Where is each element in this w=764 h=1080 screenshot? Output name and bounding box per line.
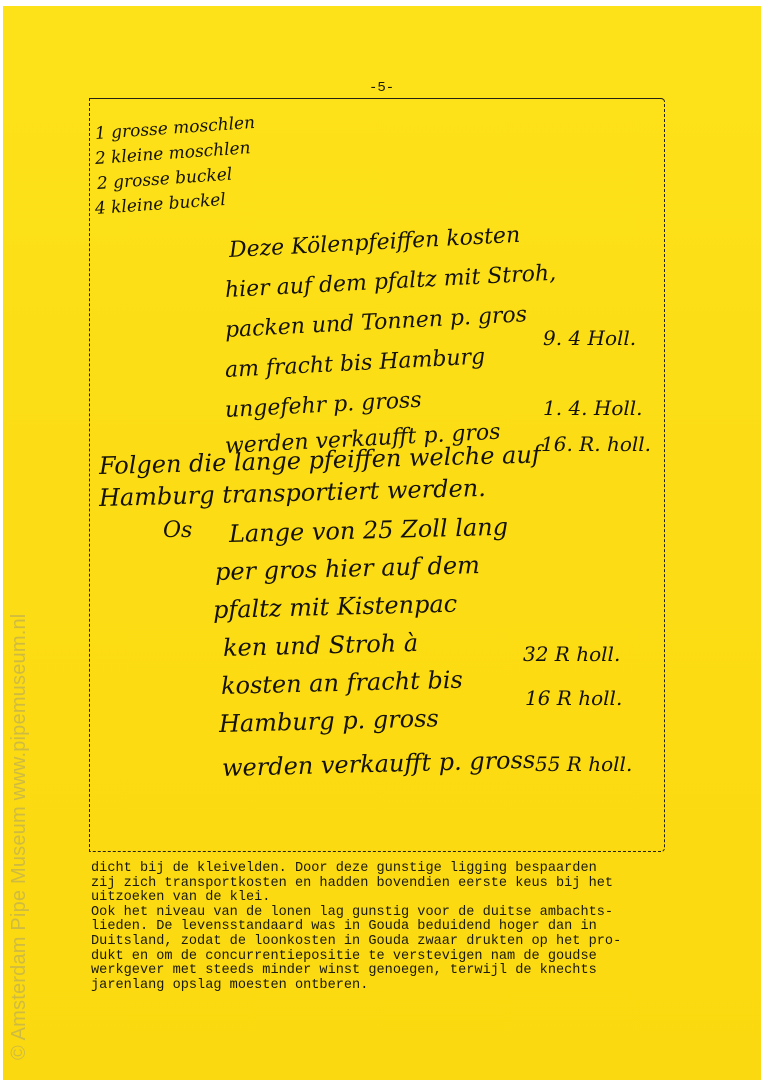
manuscript-amount: 16 R holl. [525, 686, 622, 710]
body-line: lieden. De levensstandaard was in Gouda … [91, 920, 751, 935]
watermark: © Amsterdam Pipe Museum www.pipemuseum.n… [8, 614, 31, 1060]
manuscript-marker: Os [163, 518, 192, 543]
manuscript-amount: 55 R holl. [535, 752, 632, 776]
document-page: -5- 1 grosse moschlen 2 kleine moschlen … [3, 6, 761, 1080]
body-line: werkgever met steeds minder winst genoeg… [91, 964, 751, 979]
manuscript-line: ken und Stroh à [223, 629, 419, 662]
body-line: dukt en om de concurrentiepositie te ver… [91, 950, 751, 965]
body-line: zij zich transportkosten en hadden boven… [91, 877, 751, 892]
body-line: Ook het niveau van de lonen lag gunstig … [91, 906, 751, 921]
body-text: dicht bij de kleivelden. Door deze gunst… [91, 862, 751, 993]
manuscript-line: Hamburg p. gross [219, 704, 439, 738]
manuscript-amount: 1. 4. Holl. [543, 396, 643, 420]
manuscript-amount: 16. R. holl. [541, 432, 651, 456]
body-line: jarenlang opslag moesten ontberen. [91, 979, 751, 994]
body-line: Duitsland, zodat de loonkosten in Gouda … [91, 935, 751, 950]
page-number: -5- [369, 80, 394, 96]
body-line: uitzoeken van de klei. [91, 891, 751, 906]
body-line: dicht bij de kleivelden. Door deze gunst… [91, 862, 751, 877]
manuscript-amount: 9. 4 Holl. [543, 326, 636, 350]
manuscript-amount: 32 R holl. [523, 642, 620, 666]
